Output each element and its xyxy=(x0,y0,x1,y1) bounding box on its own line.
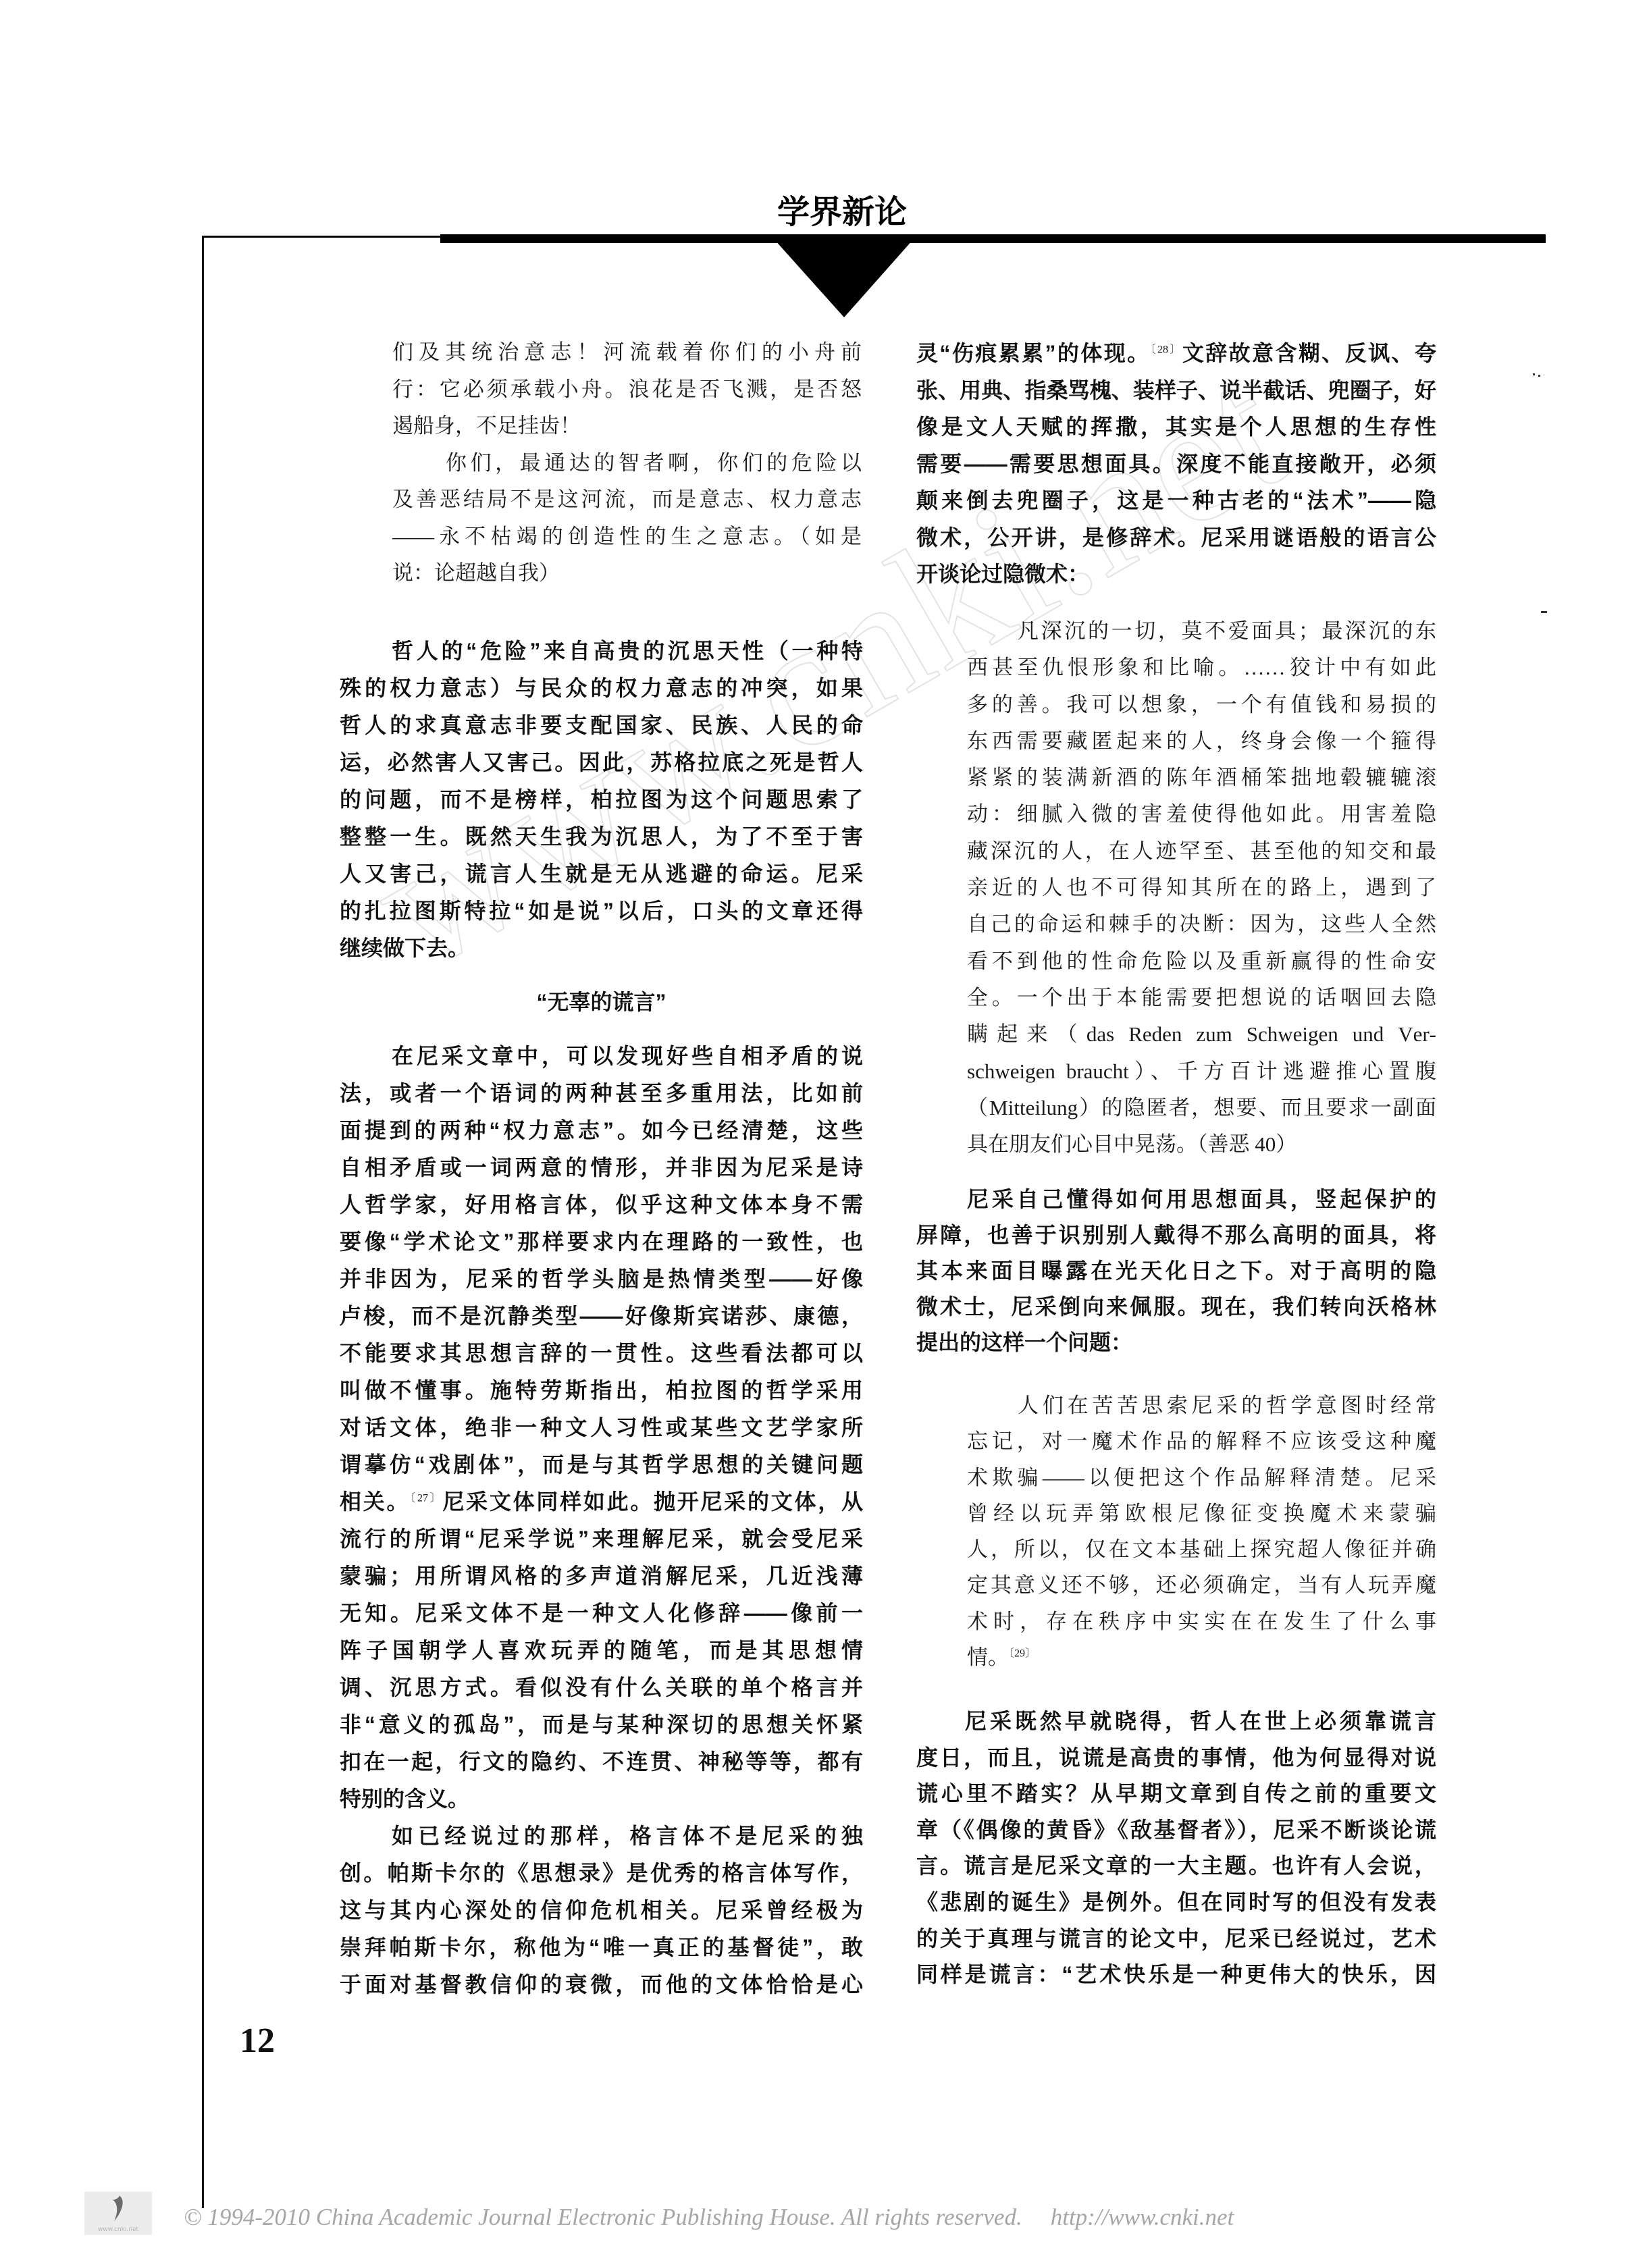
text-line: 张、用典、指桑骂槐、装样子、说半截话、兜圈子，好 xyxy=(916,372,1436,409)
text-line: 整整一生。既然天生我为沉思人，为了不至于害 xyxy=(340,818,863,855)
text-line: 流行的所谓“尼采学说”来理解尼采，就会受尼采 xyxy=(340,1521,863,1558)
text-line: 殊的权力意志）与民众的权力意志的冲突，如果 xyxy=(340,670,863,707)
text-segment: 灵“伤痕累累”的体现。 xyxy=(916,341,1151,365)
text-line: 自己的命运和棘手的决断：因为，这些人全然 xyxy=(967,906,1436,943)
scan-artifact xyxy=(1533,373,1535,375)
text-line: 具在朋友们心目中晃荡。（善恶 40） xyxy=(967,1126,1436,1163)
text-line: 卢梭，而不是沉静类型——好像斯宾诺莎、康德， xyxy=(340,1298,863,1335)
block-quote-voegelin: 人们在苦苦思索尼采的哲学意图时经常 忘记，对一魔术作品的解释不应该受这种魔 术欺… xyxy=(967,1388,1436,1675)
text-line: 定其意义还不够，还必须确定，当有人玩弄魔 xyxy=(967,1567,1436,1603)
text-line: ——永不枯竭的创造性的生之意志。（如是 xyxy=(392,519,862,556)
text-line: 其本来面目曝露在光天化日之下。对于高明的隐 xyxy=(916,1253,1436,1289)
text-line: 创。帕斯卡尔的《思想录》是优秀的格言体写作， xyxy=(340,1855,863,1892)
text-line: 看不到他的性命危险以及重新赢得的性命安 xyxy=(967,943,1436,980)
journal-page: www.cnki.net 学界新论 们及其统治意志！河流载着你们的小舟前 行：它… xyxy=(0,0,1649,2268)
text-line: 自相矛盾或一词两意的情形，并非因为尼采是诗 xyxy=(340,1149,863,1186)
text-line: 的关于真理与谎言的论文中，尼采已经说过，艺术 xyxy=(916,1921,1436,1957)
text-line: 亲近的人也不可得知其所在的路上，遇到了 xyxy=(967,870,1436,906)
text-line: 人哲学家，好用格言体，似乎这种文体本身不需 xyxy=(340,1186,863,1223)
text-line: 要像“学术论文”那样要求内在理路的一致性，也 xyxy=(340,1223,863,1261)
page-number: 12 xyxy=(240,2021,275,2061)
text-line: 你们，最通达的智者啊，你们的危险以 xyxy=(392,445,862,482)
paragraph: 灵“伤痕累累”的体现。〔28〕文辞故意含糊、反讽、夸 张、用典、指桑骂槐、装样子… xyxy=(916,335,1436,593)
text-line: 对话文体，绝非一种文人习性或某些文艺学家所 xyxy=(340,1409,863,1446)
text-line: 相关。〔27〕尼采文体同样如此。抛开尼采的文体，从 xyxy=(340,1483,863,1521)
text-line: 凡深沉的一切，莫不爱面具；最深沉的东 xyxy=(967,613,1436,650)
text-line: 术欺骗——以便把这个作品解释清楚。尼采 xyxy=(967,1460,1436,1496)
text-line: 人又害己，谎言人生就是无从逃避的命运。尼采 xyxy=(340,855,863,893)
text-line: 像是文人天赋的挥撒，其实是个人思想的生存性 xyxy=(916,408,1436,446)
text-line: 情。〔29〕 xyxy=(967,1639,1436,1675)
text-line: 开谈论过隐微术： xyxy=(916,556,1436,593)
text-line: 谓摹仿“戏剧体”，而是与其哲学思想的关键问题 xyxy=(340,1446,863,1483)
footer-url: http://www.cnki.net xyxy=(1051,2204,1234,2230)
text-line: 屏障，也善于识别别人戴得不那么高明的面具，将 xyxy=(916,1217,1436,1253)
text-line: 东西需要藏匿起来的人，终身会像一个箍得 xyxy=(967,723,1436,760)
text-line: 提出的这样一个问题： xyxy=(916,1325,1436,1361)
citation-ref: 〔27〕 xyxy=(410,1492,442,1504)
text-line: 尼采自己懂得如何用思想面具，竖起保护的 xyxy=(916,1182,1436,1217)
text-line: 继续做下去。 xyxy=(340,930,863,967)
text-line: 的扎拉图斯特拉“如是说”以后，口头的文章还得 xyxy=(340,893,863,930)
text-line: 西甚至仇恨形象和比喻。……狡计中有如此 xyxy=(967,650,1436,686)
text-line: 微术，公开讲，是修辞术。尼采用谜语般的语言公 xyxy=(916,519,1436,556)
text-line: 术时，存在秩序中实实在在发生了什么事 xyxy=(967,1604,1436,1639)
text-line: 们及其统治意志！河流载着你们的小舟前 xyxy=(392,334,862,371)
text-line: 的问题，而不是榜样，柏拉图为这个问题思索了 xyxy=(340,781,863,818)
text-line: 章（《偶像的黄昏》《敌基督者》），尼采不断谈论谎 xyxy=(916,1812,1436,1849)
text-line: 瞒起来（das Reden zum Schweigen und Ver- xyxy=(967,1016,1436,1053)
paragraph: 尼采自己懂得如何用思想面具，竖起保护的 屏障，也善于识别别人戴得不那么高明的面具… xyxy=(916,1182,1436,1361)
cnki-swoosh-icon xyxy=(105,2194,132,2224)
text-line: 不能要求其思想言辞的一贯性。这些看法都可以 xyxy=(340,1335,863,1372)
text-line: schweigen braucht）、千方百计逃避推心置腹 xyxy=(967,1053,1436,1090)
text-line: 蒙骗；用所谓风格的多声道消解尼采，几近浅薄 xyxy=(340,1558,863,1595)
text-line: 法，或者一个语词的两种甚至多重用法，比如前 xyxy=(340,1075,863,1112)
text-line: 灵“伤痕累累”的体现。〔28〕文辞故意含糊、反讽、夸 xyxy=(916,335,1436,372)
logo-caption: www.cnki.net xyxy=(84,2226,152,2233)
section-heading: “无辜的谎言” xyxy=(340,984,863,1020)
text-segment: 尼采文体同样如此。抛开尼采的文体，从 xyxy=(442,1489,863,1514)
scan-artifact xyxy=(1538,375,1540,377)
text-line: 紧紧的装满新酒的陈年酒桶笨拙地毂辘辘滚 xyxy=(967,760,1436,796)
text-line: 人，所以，仅在文本基础上探究超人像征并确 xyxy=(967,1531,1436,1567)
paragraph: 如已经说过的那样，格言体不是尼采的独 创。帕斯卡尔的《思想录》是优秀的格言体写作… xyxy=(340,1818,863,2003)
scan-artifact xyxy=(1541,611,1547,613)
text-segment: 相关。 xyxy=(340,1489,410,1514)
header-rule-thick xyxy=(440,234,1546,243)
citation-ref: 〔29〕 xyxy=(1009,1648,1036,1660)
text-line: 崇拜帕斯卡尔，称他为“唯一真正的基督徒”，敢 xyxy=(340,1929,863,1966)
text-line: 曾经以玩弄第欧根尼像征变换魔术来蒙骗 xyxy=(967,1496,1436,1531)
text-line: 阵子国朝学人喜欢玩弄的随笔，而是其思想情 xyxy=(340,1632,863,1669)
cnki-logo: www.cnki.net xyxy=(84,2192,152,2235)
paragraph: 在尼采文章中，可以发现好些自相矛盾的说 法，或者一个语词的两种甚至多重用法，比如… xyxy=(340,1038,863,1818)
text-line: 尼采既然早就晓得，哲人在世上必须靠谎言 xyxy=(916,1704,1436,1740)
text-line: 无知。尼采文体不是一种文人化修辞——像前一 xyxy=(340,1595,863,1632)
paragraph: 哲人的“危险”来自高贵的沉思天性（一种特 殊的权力意志）与民众的权力意志的冲突，… xyxy=(340,633,863,967)
text-line: 全。一个出于本能需要把想说的话咽回去隐 xyxy=(967,980,1436,1016)
text-line: 在尼采文章中，可以发现好些自相矛盾的说 xyxy=(340,1038,863,1075)
text-line: 忘记，对一魔术作品的解释不应该受这种魔 xyxy=(967,1423,1436,1459)
left-margin-rule xyxy=(202,236,204,2208)
text-line: 说：论超越自我） xyxy=(392,555,862,592)
block-quote-zarathustra: 们及其统治意志！河流载着你们的小舟前 行：它必须承载小舟。浪花是否飞溅，是否怒 … xyxy=(392,334,862,592)
text-line: 扣在一起，行文的隐约、不连贯、神秘等等，都有 xyxy=(340,1743,863,1781)
text-line: 这与其内心深处的信仰危机相关。尼采曾经极为 xyxy=(340,1892,863,1929)
text-segment: 文辞故意含糊、反讽、夸 xyxy=(1182,341,1436,365)
text-line: 特别的含义。 xyxy=(340,1781,863,1818)
text-segment: 情。 xyxy=(967,1645,1009,1669)
text-line: 非“意义的孤岛”，而是与某种深切的思想关怀紧 xyxy=(340,1706,863,1743)
text-line: 及善恶结局不是这河流，而是意志、权力意志 xyxy=(392,481,862,519)
text-line: （Mitteilung）的隐匿者，想要、而且要求一副面 xyxy=(967,1090,1436,1126)
text-line: 度日，而且，说谎是高贵的事情，他为何显得对说 xyxy=(916,1740,1436,1776)
paragraph: 尼采既然早就晓得，哲人在世上必须靠谎言 度日，而且，说谎是高贵的事情，他为何显得… xyxy=(916,1704,1436,1993)
text-line: 颠来倒去兜圈子，这是一种古老的“法术”——隐 xyxy=(916,482,1436,519)
text-line: 多的善。我可以想象，一个有值钱和易损的 xyxy=(967,687,1436,723)
text-line: 于面对基督教信仰的衰微，而他的文体恰恰是心 xyxy=(340,1966,863,2003)
text-line: 面提到的两种“权力意志”。如今已经清楚，这些 xyxy=(340,1112,863,1149)
copyright-text: © 1994-2010 China Academic Journal Elect… xyxy=(184,2204,1022,2230)
block-quote-beyond-good-and-evil: 凡深沉的一切，莫不爱面具；最深沉的东 西甚至仇恨形象和比喻。……狡计中有如此 多… xyxy=(967,613,1436,1163)
text-line: 微术士，尼采倒向来佩服。现在，我们转向沃格林 xyxy=(916,1289,1436,1325)
text-line: 谎心里不踏实？从早期文章到自传之前的重要文 xyxy=(916,1776,1436,1812)
text-line: 行：它必须承载小舟。浪花是否飞溅，是否怒 xyxy=(392,371,862,408)
text-line: 调、沉思方式。看似没有什么关联的单个格言并 xyxy=(340,1669,863,1706)
text-line: 并非因为，尼采的哲学头脑是热情类型——好像 xyxy=(340,1261,863,1298)
text-line: 运，必然害人又害己。因此，苏格拉底之死是哲人 xyxy=(340,744,863,781)
text-line: 遏船身，不足挂齿！ xyxy=(392,408,862,445)
text-line: 言。谎言是尼采文章的一大主题。也许有人会说， xyxy=(916,1848,1436,1884)
copyright-footer: © 1994-2010 China Academic Journal Elect… xyxy=(184,2203,1234,2232)
header-rule-thin xyxy=(202,236,441,238)
text-line: 同样是谎言：“艺术快乐是一种更伟大的快乐，因 xyxy=(916,1957,1436,1993)
text-line: 动：细腻入微的害羞使得他如此。用害羞隐 xyxy=(967,796,1436,833)
triangle-marker-icon xyxy=(770,240,918,321)
text-line: 叫做不懂事。施特劳斯指出，柏拉图的哲学采用 xyxy=(340,1372,863,1409)
section-title: 学界新论 xyxy=(775,194,910,230)
text-line: 需要——需要思想面具。深度不能直接敞开，必须 xyxy=(916,446,1436,483)
text-line: 哲人的“危险”来自高贵的沉思天性（一种特 xyxy=(340,633,863,670)
text-line: 人们在苦苦思索尼采的哲学意图时经常 xyxy=(967,1388,1436,1423)
text-line: 如已经说过的那样，格言体不是尼采的独 xyxy=(340,1818,863,1855)
text-line: 哲人的求真意志非要支配国家、民族、人民的命 xyxy=(340,707,863,744)
citation-ref: 〔28〕 xyxy=(1151,344,1182,355)
text-line: 藏深沉的人，在人迹罕至、甚至他的知交和最 xyxy=(967,833,1436,870)
text-line: 《悲剧的诞生》是例外。但在同时写的但没有发表 xyxy=(916,1884,1436,1921)
